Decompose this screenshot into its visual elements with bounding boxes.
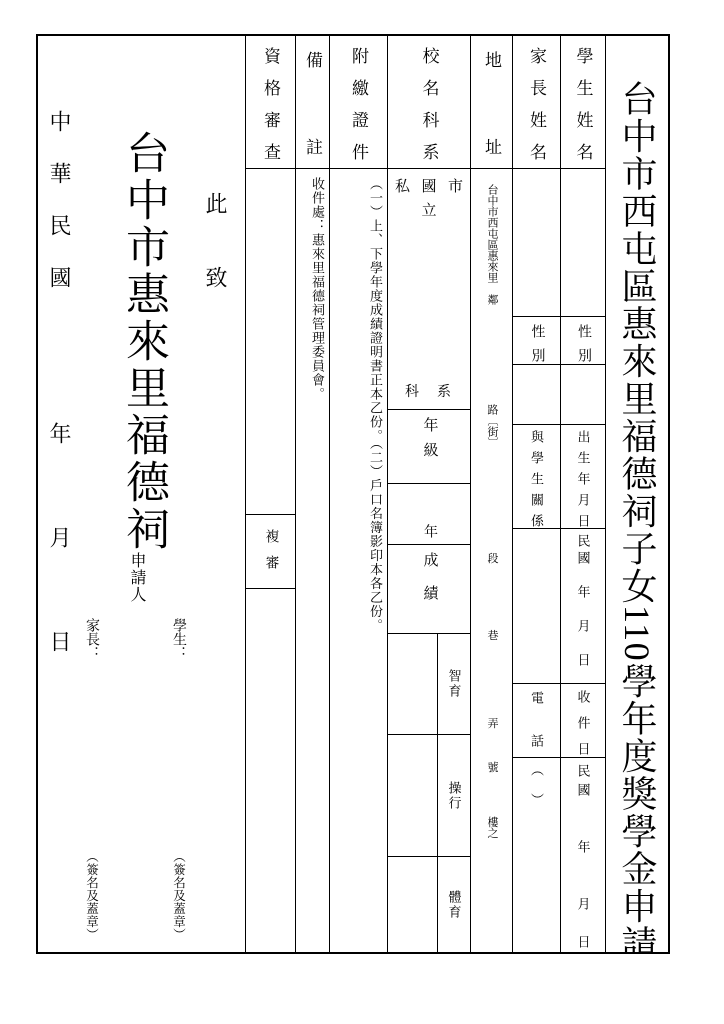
receive-date-format: 民國 年 月 日 [577,758,590,954]
conduct-label: 操行 [448,781,461,811]
score-label-cell: 成績 [388,545,470,634]
student-gender-label-cell: 性別 [561,317,605,365]
remarks-header-label: 備註 [304,36,321,169]
school-column: 校名科系 私 國 市 立 科 系 年級 年 成績 [387,36,470,952]
academics-label: 智育 [448,669,461,699]
student-gender-label: 性別 [576,317,590,365]
birth-date-format: 民國 年 月 日 [577,529,590,670]
school-type-block: 私 國 市 立 [388,169,470,220]
pe-score-cell [388,857,438,953]
review-header-cell: 資格審查 [246,36,295,169]
salutation: 此 致 [204,192,226,303]
parent-name-cell [513,169,560,317]
documents-column: 附繳證件 （一）上、下學年度成績證明書正本乙份。（二）戶口名簿影印本各乙份。 [329,36,387,952]
relation-label-cell: 與學生關係 [513,425,560,529]
pe-label: 體育 [448,890,461,920]
documents-header-label: 附繳證件 [350,36,367,169]
student-gender-value-cell [561,365,605,425]
parent-gender-label: 性別 [530,317,544,365]
school-name-cell: 私 國 市 立 科 系 [388,169,470,410]
score-row-conduct: 操行 [388,735,470,857]
score-label: 成績 [422,545,437,618]
conduct-label-cell: 操行 [438,735,470,856]
school-type-private: 私 [395,175,410,196]
phone-label: 電話 [530,684,543,758]
parent-signature-label: 家長： [84,618,98,660]
scholarship-application-form: 中華民國 年 月 日 此 致 台中市惠來里福德祠 申請人 學生： 家長： （簽名… [0,0,724,1024]
address-header-label: 地址 [483,36,500,169]
grade-label-cell: 年級 [388,410,470,484]
score-row-academics: 智育 [388,634,470,735]
documents-header-cell: 附繳證件 [330,36,387,169]
date-line: 中華民國 年 月 日 [48,110,70,682]
qualification-review-column: 資格審查 複審 [245,36,295,952]
student-name-cell [561,169,605,317]
school-header-label: 校名科系 [421,36,438,169]
title-column: 台中市西屯區惠來里福德祠子女110學年度獎學金申請書 [605,36,668,952]
pe-label-cell: 體育 [438,857,470,953]
remarks-content: 收件處：惠來里福德祠管理委員會。 [311,169,324,401]
documents-content: （一）上、下學年度成績證明書正本乙份。（二）戶口名簿影印本各乙份。 [369,169,382,633]
parent-column: 家長姓名 性別 與學生關係 電話 （ ） [512,36,560,952]
year-suffix-label: 年 [422,524,436,544]
applicant-label: 申請人 [128,552,144,603]
address-content: 台中市西屯區惠來里 鄰 路〔街〕 段 巷 弄 號 樓之 [486,169,497,839]
academics-score-cell [388,634,438,734]
receive-value-cell: 民國 年 月 日 [561,758,605,954]
school-header-cell: 校名科系 [388,36,470,169]
parent-gender-label-cell: 性別 [513,317,560,365]
address-column: 地址 台中市西屯區惠來里 鄰 路〔街〕 段 巷 弄 號 樓之 [470,36,512,952]
student-signature-label: 學生： [171,618,185,660]
receive-label-cell: 收件日 [561,684,605,758]
student-header-label: 學生姓名 [575,36,592,169]
relation-value-cell [513,529,560,684]
remarks-header-cell: 備註 [296,36,329,169]
remarks-column: 備註 收件處：惠來里福德祠管理委員會。 [295,36,329,952]
school-type-options: 私 國 市 [388,169,470,196]
department-label: 科 系 [388,381,470,401]
school-type-national: 國 [421,175,436,196]
grade-label: 年級 [422,410,437,467]
remarks-content-cell: 收件處：惠來里福德祠管理委員會。 [296,169,329,952]
student-signature-note: （簽名及蓋章） [172,850,185,941]
relation-label: 與學生關係 [530,425,543,529]
school-year-cell: 年 [388,484,470,545]
student-header-cell: 學生姓名 [561,36,605,169]
form-title-cell: 台中市西屯區惠來里福德祠子女110學年度獎學金申請書 [606,36,668,952]
address-content-cell: 台中市西屯區惠來里 鄰 路〔街〕 段 巷 弄 號 樓之 [471,169,512,952]
conduct-score-cell [388,735,438,856]
form-title: 台中市西屯區惠來里福德祠子女110學年度獎學金申請書 [619,36,655,952]
recipient-name: 台中市惠來里福德祠 [121,130,165,553]
parent-signature-note: （簽名及蓋章） [85,850,98,941]
birth-label-cell: 出生年月日 [561,425,605,529]
parent-header-label: 家長姓名 [528,36,545,169]
score-row-pe: 體育 [388,857,470,953]
phone-label-cell: 電話 [513,684,560,758]
first-review-cell [246,169,295,515]
receive-date-label: 收件日 [577,684,590,758]
school-type-suffix: 立 [388,199,470,220]
recheck-label-cell: 複審 [246,515,295,589]
address-header-cell: 地址 [471,36,512,169]
recheck-cell [246,589,295,952]
academics-label-cell: 智育 [438,634,470,734]
parent-gender-value-cell [513,365,560,425]
form-sheet: 中華民國 年 月 日 此 致 台中市惠來里福德祠 申請人 學生： 家長： （簽名… [36,34,670,954]
review-header-label: 資格審查 [262,36,279,169]
parent-header-cell: 家長姓名 [513,36,560,169]
birth-value-cell: 民國 年 月 日 [561,529,605,684]
phone-area-code-parens: （ ） [530,758,543,808]
school-type-municipal: 市 [448,175,463,196]
recheck-label: 複審 [264,515,278,581]
documents-content-cell: （一）上、下學年度成績證明書正本乙份。（二）戶口名簿影印本各乙份。 [330,169,387,952]
birth-label: 出生年月日 [577,425,590,529]
student-column: 學生姓名 性別 出生年月日 民國 年 月 日 收件日 民國 年 月 日 [560,36,605,952]
phone-value-cell: （ ） [513,758,560,954]
